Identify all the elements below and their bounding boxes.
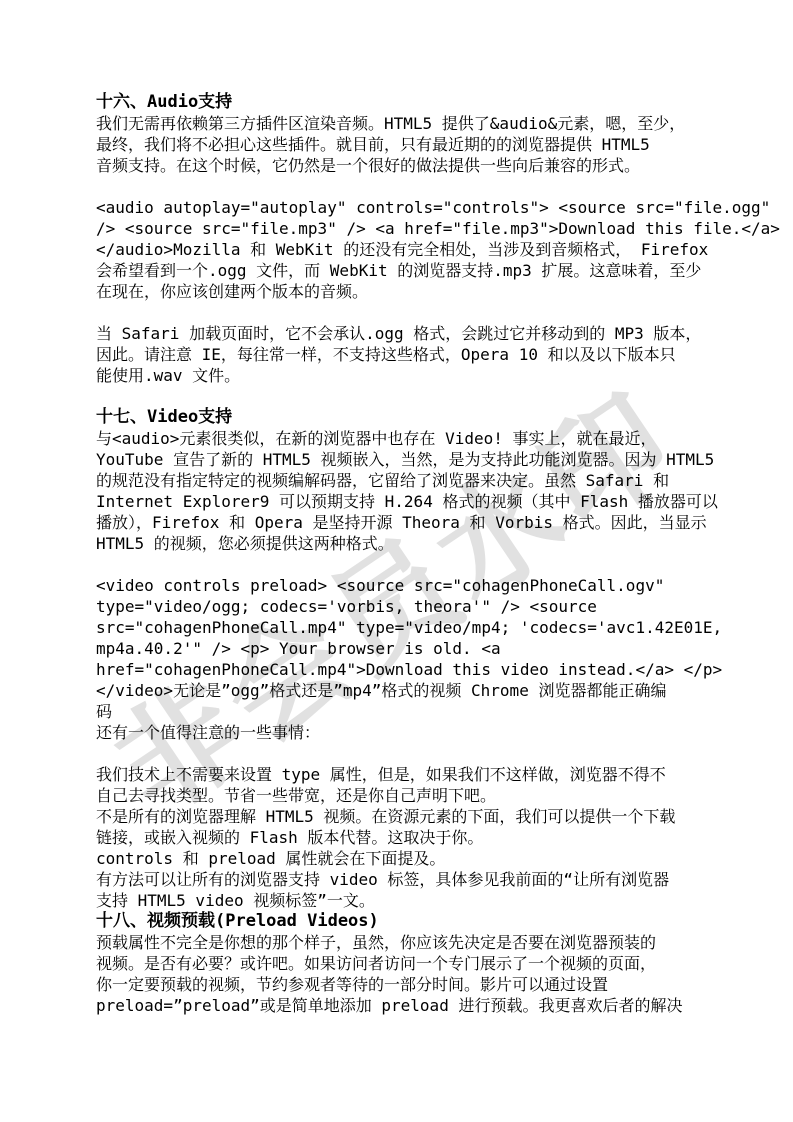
blank-line [96, 302, 710, 323]
text-line: 链接，或嵌入视频的 Flash 版本代替。这取决于你。 [96, 827, 710, 848]
document-content: 十六、Audio支持我们无需再依赖第三方插件区渲染音频。HTML5 提供了&au… [96, 92, 710, 1016]
text-line: 会希望看到一个.ogg 文件，而 WebKit 的浏览器支持.mp3 扩展。这意… [96, 260, 710, 281]
text-line: controls 和 preload 属性就会在下面提及。 [96, 848, 710, 869]
section-heading: 十六、Audio支持 [96, 92, 710, 113]
text-line: 我们技术上不需要来设置 type 属性，但是，如果我们不这样做，浏览器不得不 [96, 764, 710, 785]
blank-line [96, 176, 710, 197]
blank-line [96, 554, 710, 575]
text-line: preload=”preload”或是简单地添加 preload 进行预载。我更… [96, 995, 710, 1016]
text-line: HTML5 的视频，您必须提供这两种格式。 [96, 533, 710, 554]
blank-line [96, 386, 710, 407]
text-line: Internet Explorer9 可以预期支持 H.264 格式的视频（其中… [96, 491, 710, 512]
text-line: 不是所有的浏览器理解 HTML5 视频。在资源元素的下面，我们可以提供一个下载 [96, 806, 710, 827]
text-line: 音频支持。在这个时候，它仍然是一个很好的做法提供一些向后兼容的形式。 [96, 155, 710, 176]
text-line: YouTube 宣告了新的 HTML5 视频嵌入，当然，是为支持此功能浏览器。因… [96, 449, 710, 470]
text-line: </video>无论是”ogg”格式还是”mp4”格式的视频 Chrome 浏览… [96, 680, 710, 701]
text-line: <audio autoplay="autoplay" controls="con… [96, 197, 710, 218]
text-line: 视频。是否有必要？或许吧。如果访问者访问一个专门展示了一个视频的页面， [96, 953, 710, 974]
text-line: /> <source src="file.mp3" /> <a href="fi… [96, 218, 710, 239]
text-line: src="cohagenPhoneCall.mp4" type="video/m… [96, 617, 710, 638]
text-line: 自己去寻找类型。节省一些带宽，还是你自己声明下吧。 [96, 785, 710, 806]
text-line: 能使用.wav 文件。 [96, 365, 710, 386]
text-line: </audio>Mozilla 和 WebKit 的还没有完全相处，当涉及到音频… [96, 239, 710, 260]
text-line: 我们无需再依赖第三方插件区渲染音频。HTML5 提供了&audio&元素，嗯，至… [96, 113, 710, 134]
text-line: type="video/ogg; codecs='vorbis, theora'… [96, 596, 710, 617]
text-line: 与<audio>元素很类似，在新的浏览器中也存在 Video! 事实上，就在最近… [96, 428, 710, 449]
text-line: <video controls preload> <source src="co… [96, 575, 710, 596]
text-line: 还有一个值得注意的一些事情： [96, 722, 710, 743]
text-line: 播放），Firefox 和 Opera 是坚持开源 Theora 和 Vorbi… [96, 512, 710, 533]
text-line: 因此。请注意 IE，每往常一样，不支持这些格式，Opera 10 和以及以下版本… [96, 344, 710, 365]
text-line: 在现在，你应该创建两个版本的音频。 [96, 281, 710, 302]
text-line: 最终，我们将不必担心这些插件。就目前，只有最近期的的浏览器提供 HTML5 [96, 134, 710, 155]
text-line: 有方法可以让所有的浏览器支持 video 标签，具体参见我前面的“让所有浏览器 [96, 869, 710, 890]
document-page: 非会员水印 十六、Audio支持我们无需再依赖第三方插件区渲染音频。HTML5 … [0, 0, 793, 1122]
text-line: mp4a.40.2'" /> <p> Your browser is old. … [96, 638, 710, 659]
text-line: 的规范没有指定特定的视频编解码器，它留给了浏览器来决定。虽然 Safari 和 [96, 470, 710, 491]
text-line: href="cohagenPhoneCall.mp4">Download thi… [96, 659, 710, 680]
section-heading: 十七、Video支持 [96, 407, 710, 428]
text-line: 当 Safari 加载页面时，它不会承认.ogg 格式，会跳过它并移动到的 MP… [96, 323, 710, 344]
text-line: 预载属性不完全是你想的那个样子，虽然，你应该先决定是否要在浏览器预装的 [96, 932, 710, 953]
blank-line [96, 743, 710, 764]
section-heading: 十八、视频预载(Preload Videos) [96, 911, 710, 932]
text-line: 支持 HTML5 video 视频标签”一文。 [96, 890, 710, 911]
text-line: 码 [96, 701, 710, 722]
text-line: 你一定要预载的视频，节约参观者等待的一部分时间。影片可以通过设置 [96, 974, 710, 995]
